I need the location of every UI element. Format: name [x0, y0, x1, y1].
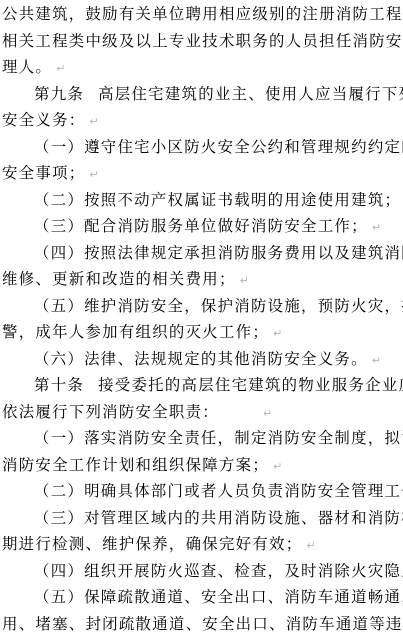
text-line-22: （四）组织开展防火巡查、检查，及时消除火灾隐患；↵ — [2, 558, 403, 585]
line-text: 消防安全工作计划和组织保障方案； — [2, 456, 269, 474]
line-text: （五）保障疏散通道、安全出口、消防车通道畅通，对占 — [34, 588, 403, 606]
line-text: 维修、更新和改造的相关费用； — [2, 270, 236, 288]
line-text: 理人。 — [2, 58, 52, 76]
paragraph-mark-icon: ↵ — [263, 407, 272, 420]
line-text: （二）按照不动产权属证书载明的用途使用建筑； — [34, 191, 401, 209]
line-text: 高层住宅建筑的业主、使用人应当履行下列消防 — [98, 85, 403, 103]
text-line-11: 维修、更新和改造的相关费用；↵ — [2, 266, 403, 293]
text-line-5: 安全义务：↵ — [2, 107, 403, 134]
paragraph-mark-icon: ↵ — [240, 274, 249, 287]
line-text: 相关工程类中级及以上专业技术职务的人员担任消防安全管 — [2, 32, 403, 50]
line-text: 安全事项； — [2, 164, 85, 182]
paragraph-mark-icon: ↵ — [372, 354, 381, 367]
line-text: （一）遵守住宅小区防火安全公约和管理规约约定的消防 — [34, 138, 403, 156]
text-line-10: （四）按照法律规定承担消防服务费用以及建筑消防设施 — [2, 240, 403, 267]
text-line-3: 理人。↵ — [2, 54, 403, 81]
line-text: 依法履行下列消防安全职责： — [2, 403, 219, 421]
text-line-18: 消防安全工作计划和组织保障方案；↵ — [2, 452, 403, 479]
text-line-6: （一）遵守住宅小区防火安全公约和管理规约约定的消防 — [2, 134, 403, 161]
line-text: （二）明确具体部门或者人员负责消防安全管理工作； — [34, 482, 403, 500]
text-line-2: 相关工程类中级及以上专业技术职务的人员担任消防安全管 — [2, 28, 403, 55]
article-heading-10: 第十条接受委托的高层住宅建筑的物业服务企业应当 — [2, 372, 403, 399]
text-line-21: 期进行检测、维护保养，确保完好有效；↵ — [2, 531, 403, 558]
text-line-1: 公共建筑，鼓励有关单位聘用相应级别的注册消防工程师或者 — [2, 1, 403, 28]
line-text: （一）落实消防安全责任，制定消防安全制度，拟订年度 — [34, 429, 403, 447]
text-line-19: （二）明确具体部门或者人员负责消防安全管理工作；↵ — [2, 478, 403, 505]
article-heading-9: 第九条高层住宅建筑的业主、使用人应当履行下列消防 — [2, 81, 403, 108]
article-number: 第十条 — [34, 376, 84, 394]
text-line-16: 依法履行下列消防安全职责：↵ — [2, 399, 403, 426]
paragraph-mark-icon: ↵ — [273, 327, 282, 340]
document-page: 公共建筑，鼓励有关单位聘用相应级别的注册消防工程师或者 相关工程类中级及以上专业… — [2, 1, 403, 636]
line-text: 期进行检测、维护保养，确保完好有效； — [2, 535, 302, 553]
article-number: 第九条 — [34, 85, 84, 103]
line-text: 用、堵塞、封闭疏散通道、安全出口、消防车通道等违规行为 — [2, 615, 403, 633]
paragraph-mark-icon: ↵ — [273, 460, 282, 473]
text-line-20: （三）对管理区域内的共用消防设施、器材和消防标志定 — [2, 505, 403, 532]
text-line-8: （二）按照不动产权属证书载明的用途使用建筑；↵ — [2, 187, 403, 214]
text-line-24: 用、堵塞、封闭疏散通道、安全出口、消防车通道等违规行为 — [2, 611, 403, 636]
line-text: 接受委托的高层住宅建筑的物业服务企业应当 — [98, 376, 403, 394]
line-text: （三）对管理区域内的共用消防设施、器材和消防标志定 — [34, 509, 403, 527]
paragraph-mark-icon: ↵ — [89, 168, 98, 181]
paragraph-mark-icon: ↵ — [372, 221, 381, 234]
paragraph-mark-icon: ↵ — [306, 539, 315, 552]
text-line-14: （六）法律、法规规定的其他消防安全义务。↵ — [2, 346, 403, 373]
text-line-12: （五）维护消防安全，保护消防设施，预防火灾，报告火 — [2, 293, 403, 320]
line-text: （六）法律、法规规定的其他消防安全义务。 — [34, 350, 368, 368]
line-text: （四）组织开展防火巡查、检查，及时消除火灾隐患； — [34, 562, 403, 580]
paragraph-mark-icon: ↵ — [89, 115, 98, 128]
line-text: （四）按照法律规定承担消防服务费用以及建筑消防设施 — [34, 244, 403, 262]
text-line-9: （三）配合消防服务单位做好消防安全工作；↵ — [2, 213, 403, 240]
line-text: 公共建筑，鼓励有关单位聘用相应级别的注册消防工程师或者 — [2, 5, 403, 23]
text-line-17: （一）落实消防安全责任，制定消防安全制度，拟订年度 — [2, 425, 403, 452]
paragraph-mark-icon: ↵ — [56, 62, 65, 75]
line-text: 安全义务： — [2, 111, 85, 129]
text-line-13: 警，成年人参加有组织的灭火工作；↵ — [2, 319, 403, 346]
text-line-7: 安全事项；↵ — [2, 160, 403, 187]
line-text: （五）维护消防安全，保护消防设施，预防火灾，报告火 — [34, 297, 403, 315]
line-text: 警，成年人参加有组织的灭火工作； — [2, 323, 269, 341]
line-text: （三）配合消防服务单位做好消防安全工作； — [34, 217, 368, 235]
text-line-23: （五）保障疏散通道、安全出口、消防车通道畅通，对占 — [2, 584, 403, 611]
